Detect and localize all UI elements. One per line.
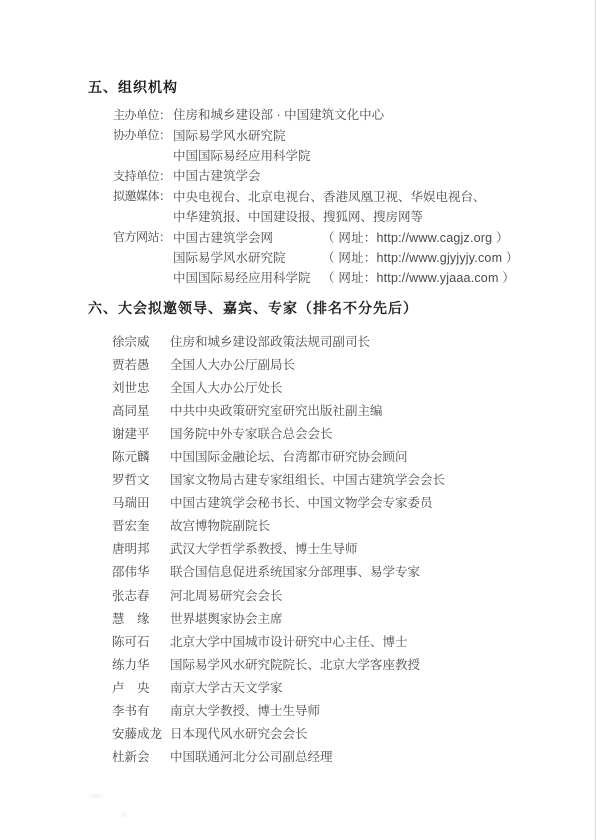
guest-row: 慧 缘世界堪舆家协会主席 — [112, 606, 582, 629]
guest-name: 唐明邦 — [112, 539, 170, 557]
guest-name: 刘世忠 — [112, 378, 170, 396]
org-value: 中国国际易经应用科学院 — [173, 146, 311, 164]
guest-row: 安藤成龙日本现代风水研究会会长 — [112, 722, 582, 745]
guest-title: 河北周易研究会会长 — [170, 586, 283, 604]
guest-title: 北京大学中国城市设计研究中心主任、博士 — [170, 632, 408, 650]
org-label: 主办单位： — [113, 106, 173, 123]
guest-title: 中国古建筑学会秘书长、中国文物学会专家委员 — [170, 493, 433, 511]
org-line: 国际易学风水研究院（ 网址：http://www.gjyjyjy.com ） — [113, 247, 583, 267]
org-line: 中国国际易经应用科学院 — [113, 145, 583, 165]
org-line: 支持单位：中国古建筑学会 — [113, 165, 583, 185]
guest-row: 李书有南京大学教授、博士生导师 — [112, 699, 582, 722]
guest-name: 罗哲文 — [112, 470, 170, 488]
guest-title: 国务院中外专家联合总会会长 — [170, 424, 333, 442]
guest-row: 徐宗威住房和城乡建设部政策法规司副司长 — [112, 329, 582, 352]
guest-row: 谢建平国务院中外专家联合总会会长 — [112, 421, 582, 444]
org-value: 住房和城乡建设部 · 中国建筑文化中心 — [173, 105, 384, 123]
guest-name: 晋宏奎 — [112, 516, 170, 534]
organization-block: 主办单位：住房和城乡建设部 · 中国建筑文化中心协办单位：国际易学风水研究院中国… — [113, 104, 583, 288]
document-page: 五、组织机构 主办单位：住房和城乡建设部 · 中国建筑文化中心协办单位：国际易学… — [0, 0, 596, 840]
guest-list: 徐宗威住房和城乡建设部政策法规司副司长贾若愚全国人大办公厅副局长刘世忠全国人大办… — [112, 329, 582, 768]
org-site-name: 中国国际易经应用科学院 — [173, 268, 322, 286]
guest-row: 罗哲文国家文物局古建专家组组长、中国古建筑学会会长 — [112, 468, 582, 491]
org-line: 协办单位：国际易学风水研究院 — [113, 124, 583, 144]
guest-row: 练力华国际易学风水研究院院长、北京大学客座教授 — [112, 652, 582, 675]
guest-title: 中共中央政策研究室研究出版社副主编 — [170, 401, 383, 419]
scan-smudge — [122, 813, 127, 817]
org-site-name: 国际易学风水研究院 — [173, 248, 322, 266]
guest-title: 南京大学教授、博士生导师 — [170, 701, 320, 719]
guest-title: 联合国信息促进系统国家分部理事、易学专家 — [170, 562, 420, 580]
guest-name: 李书有 — [112, 701, 170, 719]
guest-title: 中国联通河北分公司副总经理 — [170, 747, 333, 765]
guest-name: 卢 央 — [112, 678, 170, 696]
org-label: 支持单位： — [113, 167, 173, 184]
guest-row: 晋宏奎故宫博物院副院长 — [112, 514, 582, 537]
org-line: 拟邀媒体：中央电视台、北京电视台、香港凤凰卫视、华娱电视台、 — [113, 186, 583, 206]
org-site-url: （ 网址：http://www.cagjz.org ） — [322, 228, 509, 246]
section6-heading: 六、大会拟邀领导、嘉宾、专家（排名不分先后） — [88, 298, 418, 318]
org-line: 主办单位：住房和城乡建设部 · 中国建筑文化中心 — [113, 104, 583, 124]
guest-title: 全国人大办公厅处长 — [170, 378, 283, 396]
guest-name: 高同星 — [112, 401, 170, 419]
org-label: 拟邀媒体： — [113, 187, 173, 204]
org-value: 中国古建筑学会 — [173, 166, 261, 184]
guest-name: 徐宗威 — [112, 332, 170, 350]
org-value: 中华建筑报、中国建设报、搜狐网、搜房网等 — [173, 207, 423, 225]
guest-title: 故宫博物院副院长 — [170, 516, 270, 534]
guest-title: 全国人大办公厅副局长 — [170, 355, 295, 373]
guest-name: 陈元麟 — [112, 447, 170, 465]
section5-heading: 五、组织机构 — [88, 77, 178, 97]
guest-name: 贾若愚 — [112, 355, 170, 373]
org-site-url: （ 网址：http://www.yjaaa.com ） — [322, 268, 515, 286]
guest-title: 世界堪舆家协会主席 — [170, 609, 283, 627]
guest-row: 高同星中共中央政策研究室研究出版社副主编 — [112, 398, 582, 421]
org-value: 国际易学风水研究院 — [173, 126, 286, 144]
org-line: 中华建筑报、中国建设报、搜狐网、搜房网等 — [113, 206, 583, 226]
guest-row: 唐明邦武汉大学哲学系教授、博士生导师 — [112, 537, 582, 560]
guest-row: 陈元麟中国国际金融论坛、台湾都市研究协会顾问 — [112, 444, 582, 467]
guest-row: 贾若愚全国人大办公厅副局长 — [112, 352, 582, 375]
guest-row: 刘世忠全国人大办公厅处长 — [112, 375, 582, 398]
org-line: 官方网站：中国古建筑学会网（ 网址：http://www.cagjz.org ） — [113, 226, 583, 246]
org-line: 中国国际易经应用科学院（ 网址：http://www.yjaaa.com ） — [113, 267, 583, 287]
org-label: 协办单位： — [113, 126, 173, 143]
guest-name: 杜新会 — [112, 747, 170, 765]
guest-title: 日本现代风水研究会会长 — [170, 724, 308, 742]
guest-title: 住房和城乡建设部政策法规司副司长 — [170, 332, 370, 350]
guest-row: 杜新会中国联通河北分公司副总经理 — [112, 745, 582, 768]
guest-name: 陈可石 — [112, 632, 170, 650]
org-label: 官方网站： — [113, 228, 173, 245]
guest-name: 慧 缘 — [112, 609, 170, 627]
scan-smudge — [88, 794, 104, 798]
org-site-name: 中国古建筑学会网 — [173, 228, 322, 246]
guest-title: 南京大学古天文学家 — [170, 678, 283, 696]
org-site-url: （ 网址：http://www.gjyjyjy.com ） — [322, 248, 519, 266]
guest-name: 邵伟华 — [112, 562, 170, 580]
guest-row: 陈可石北京大学中国城市设计研究中心主任、博士 — [112, 629, 582, 652]
guest-name: 谢建平 — [112, 424, 170, 442]
guest-row: 卢 央南京大学古天文学家 — [112, 675, 582, 698]
guest-title: 中国国际金融论坛、台湾都市研究协会顾问 — [170, 447, 408, 465]
guest-name: 练力华 — [112, 655, 170, 673]
guest-title: 国家文物局古建专家组组长、中国古建筑学会会长 — [170, 470, 445, 488]
guest-row: 邵伟华联合国信息促进系统国家分部理事、易学专家 — [112, 560, 582, 583]
guest-title: 武汉大学哲学系教授、博士生导师 — [170, 539, 358, 557]
guest-name: 安藤成龙 — [112, 724, 170, 742]
guest-name: 张志春 — [112, 586, 170, 604]
guest-row: 张志春河北周易研究会会长 — [112, 583, 582, 606]
guest-name: 马瑞田 — [112, 493, 170, 511]
guest-row: 马瑞田中国古建筑学会秘书长、中国文物学会专家委员 — [112, 491, 582, 514]
guest-title: 国际易学风水研究院院长、北京大学客座教授 — [170, 655, 420, 673]
org-value: 中央电视台、北京电视台、香港凤凰卫视、华娱电视台、 — [173, 187, 486, 205]
